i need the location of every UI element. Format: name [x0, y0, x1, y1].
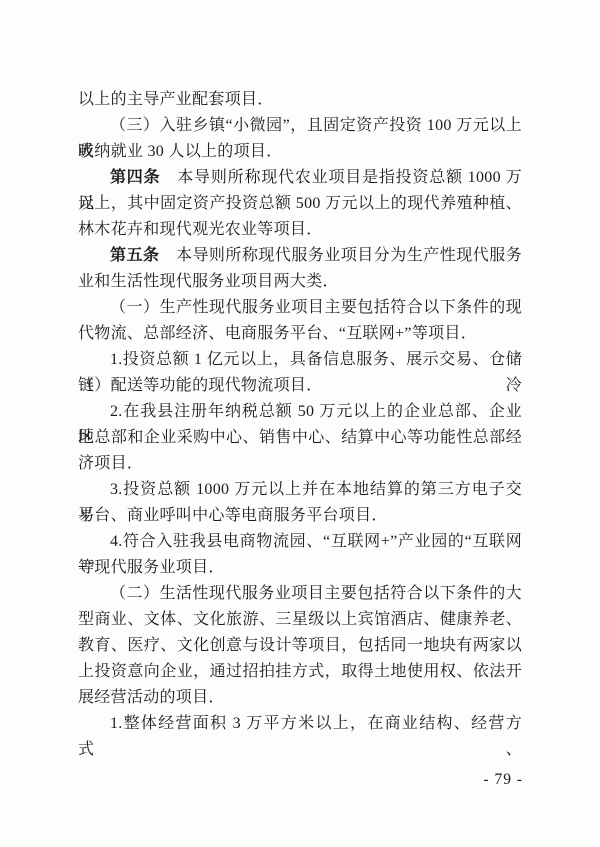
text-line: 济项目． — [78, 451, 522, 477]
text-line: 上投资意向企业，通过招拍挂方式，取得土地使用权、依法开 — [78, 659, 522, 685]
text-line: 吸纳就业 30 人以上的项目． — [78, 139, 522, 165]
text-line-article-4: 第四条 本导则所称现代农业项目是指投资总额 1000 万元 — [78, 165, 522, 191]
text-line: 3.投资总额 1000 万元以上并在本地结算的第三方电子交易 — [78, 477, 522, 503]
text-line: 代物流、总部经济、电商服务平台、“互联网+”等项目． — [78, 321, 522, 347]
document-page: 以上的主导产业配套项目． （三）入驻乡镇“小微园”，且固定资产投资 100 万元… — [0, 0, 600, 847]
text-line: 1.投资总额 1 亿元以上，具备信息服务、展示交易、仓储（冷 — [78, 347, 522, 373]
text-line: 以上的主导产业配套项目． — [78, 87, 522, 113]
article-number: 第五条 — [110, 247, 159, 264]
page-number: - 79 - — [483, 767, 523, 793]
text-line: 以上，其中固定资产投资总额 500 万元以上的现代养殖种植、 — [78, 191, 522, 217]
text-line: 业和生活性现代服务业项目两大类． — [78, 269, 522, 295]
text-line: 1.整体经营面积 3 万平方米以上，在商业结构、经营方式、 — [78, 711, 522, 737]
text-line: （一）生产性现代服务业项目主要包括符合以下条件的现 — [78, 295, 522, 321]
text-line: 等现代服务业项目． — [78, 555, 522, 581]
text-line-article-5: 第五条 本导则所称现代服务业项目分为生产性现代服务 — [78, 243, 522, 269]
article-number: 第四条 — [110, 169, 160, 186]
text-line: 林木花卉和现代观光农业等项目． — [78, 217, 522, 243]
text-line: 区总部和企业采购中心、销售中心、结算中心等功能性总部经 — [78, 425, 522, 451]
text-line: （三）入驻乡镇“小微园”，且固定资产投资 100 万元以上或 — [78, 113, 522, 139]
text-line: 型商业、文体、文化旅游、三星级以上宾馆酒店、健康养老、 — [78, 607, 522, 633]
text-line: 平台、商业呼叫中心等电商服务平台项目． — [78, 503, 522, 529]
text-line: 教育、医疗、文化创意与设计等项目，包括同一地块有两家以 — [78, 633, 522, 659]
text-line: （二）生活性现代服务业项目主要包括符合以下条件的大 — [78, 581, 522, 607]
document-body: 以上的主导产业配套项目． （三）入驻乡镇“小微园”，且固定资产投资 100 万元… — [78, 87, 522, 737]
text-line: 4.符合入驻我县电商物流园、“互联网+”产业园的“互联网+” — [78, 529, 522, 555]
text-line: 2.在我县注册年纳税总额 50 万元以上的企业总部、企业地 — [78, 399, 522, 425]
text-line: 展经营活动的项目． — [78, 685, 522, 711]
article-text: 本导则所称现代服务业项目分为生产性现代服务 — [159, 247, 522, 264]
